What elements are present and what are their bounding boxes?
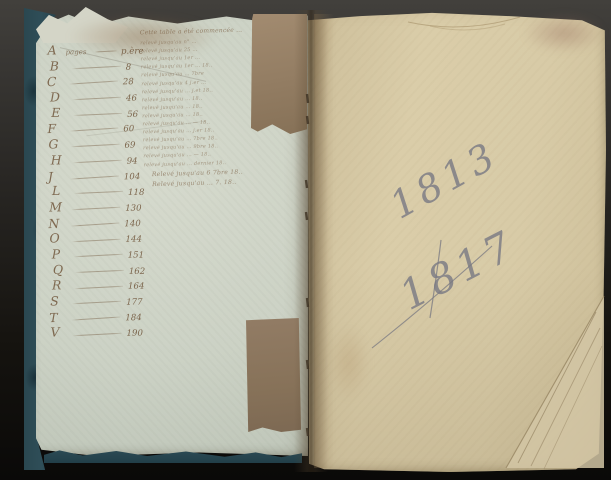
index-dash-line: [69, 128, 118, 132]
marginal-note: Cette table a été commencée …relevé jusq…: [140, 27, 244, 190]
stain-right-page: [328, 325, 370, 401]
index-page-number: 164: [128, 282, 148, 292]
index-dash-line: [70, 175, 119, 179]
index-page-number: 130: [125, 203, 145, 213]
index-letter: E: [51, 105, 67, 120]
index-dash-line: [72, 301, 121, 305]
index-letter: A: [47, 42, 63, 57]
index-row: C28: [47, 72, 143, 90]
note-footer-line: Relevé jusqu'au 6 7bre 18..: [152, 168, 244, 179]
index-page-number: 60: [123, 124, 143, 134]
index-page-number: 162: [129, 267, 149, 277]
index-dash-line: [71, 316, 120, 320]
index-mid-word: pages: [66, 48, 87, 56]
index-dash-line: [71, 144, 120, 148]
scanned-register-spread: Apagesp.èreB8C28D46E56F60G69H94J104L118M…: [0, 0, 611, 480]
index-dash-line: [71, 207, 120, 211]
index-dash-line: [75, 270, 124, 273]
index-row: P151: [52, 245, 148, 262]
index-page-number: 104: [124, 171, 144, 181]
index-letter: Q: [53, 262, 69, 277]
index-letter: M: [49, 199, 65, 214]
index-letter: F: [47, 121, 63, 136]
index-dash-line: [73, 332, 122, 336]
index-dash-line: [69, 81, 118, 85]
index-dash-line: [72, 66, 121, 70]
index-row: F60: [47, 119, 143, 137]
index-letter: D: [50, 89, 66, 104]
right-page: [306, 12, 606, 472]
index-row: R164: [52, 277, 148, 294]
index-row: S177: [50, 292, 146, 309]
index-dash-line: [70, 222, 119, 226]
index-row: Apagesp.ère: [47, 42, 143, 59]
stain-top-right: [523, 13, 605, 53]
index-letter: V: [50, 325, 66, 340]
index-letter: T: [49, 309, 65, 324]
index-page-number: 28: [123, 77, 143, 87]
index-page-number: 151: [128, 250, 148, 260]
index-row: H94: [51, 151, 147, 168]
index-letter: R: [52, 278, 68, 293]
index-row: Q162: [53, 262, 149, 278]
index-row: G69: [48, 136, 144, 153]
index-letter: N: [48, 215, 64, 230]
index-letter: L: [52, 183, 68, 198]
index-dash-line: [73, 113, 122, 116]
index-row: L118: [52, 183, 148, 199]
index-page-number: 177: [126, 297, 146, 307]
index-table: Apagesp.èreB8C28D46E56F60G69H94J104L118M…: [47, 42, 146, 341]
index-page-number: 184: [125, 313, 145, 323]
index-letter: S: [50, 293, 66, 308]
index-letter: O: [49, 231, 65, 246]
note-line: relevé jusqu'au … dernier 18..: [143, 158, 243, 169]
index-row: O144: [49, 230, 145, 247]
index-dash-line: [72, 238, 121, 242]
index-letter: G: [48, 136, 64, 151]
index-row: M130: [49, 198, 145, 215]
index-row: N140: [48, 213, 144, 231]
index-page-number: 69: [124, 141, 144, 151]
note-line: Cette table a été commencée …: [140, 27, 240, 38]
index-dash-line: [74, 191, 123, 194]
index-dash-line: [74, 254, 123, 258]
index-page-number: 190: [126, 329, 146, 339]
index-page-number: 118: [128, 188, 148, 198]
index-row: D46: [50, 89, 146, 106]
index-row: J104: [48, 166, 144, 184]
index-dash-line: [73, 160, 122, 164]
index-dash-line: [74, 285, 123, 289]
index-page-number: 140: [124, 218, 144, 228]
binding-gutter: [294, 10, 328, 472]
index-dash-line: [94, 51, 116, 53]
index-dash-line: [72, 97, 121, 101]
index-letter: H: [51, 152, 67, 167]
index-row: V190: [50, 324, 146, 341]
index-page-number: 144: [125, 235, 145, 245]
index-row: E56: [51, 105, 147, 121]
repair-patch-bottom: [246, 318, 301, 432]
index-letter: P: [52, 246, 68, 261]
index-letter: C: [47, 74, 63, 89]
index-letter: B: [50, 58, 66, 73]
index-row: T184: [49, 308, 145, 326]
index-letter: J: [48, 168, 64, 183]
